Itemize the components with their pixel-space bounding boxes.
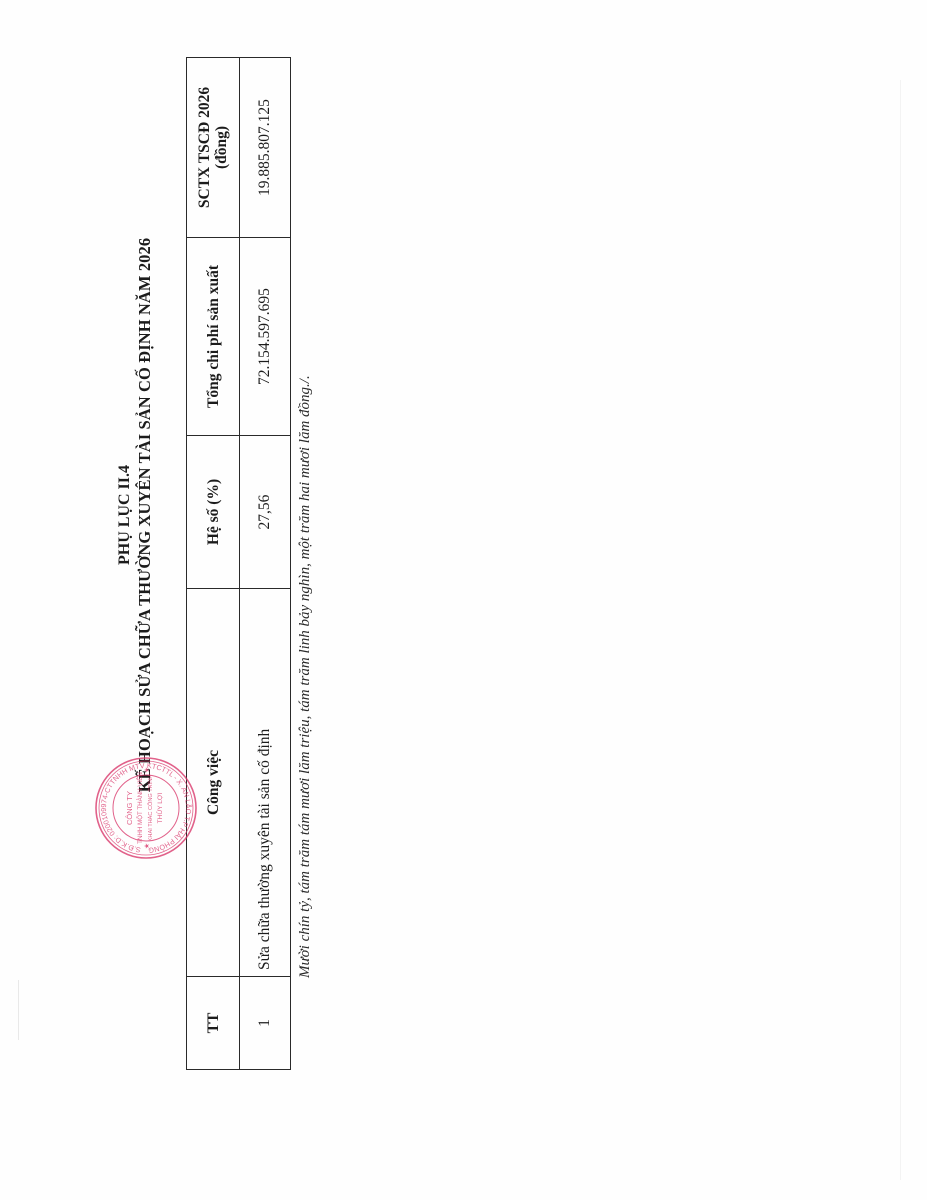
header-sctx-line1: SCTX TSCĐ 2026 <box>196 64 213 231</box>
cell-sctx: 19.885.807.125 <box>240 58 291 238</box>
appendix-label: PHỤ LỤC II.4 <box>116 0 134 1065</box>
document-sheet: PHỤ LỤC II.4 KẾ HOẠCH SỬA CHỮA THƯỜNG XU… <box>0 0 927 1200</box>
cell-work: Sửa chữa thường xuyên tài sản cố định <box>240 589 291 977</box>
amount-in-words: Mười chín tỷ, tám trăm tám mươi lăm triệ… <box>297 375 314 978</box>
cell-coefficient: 27,56 <box>240 436 291 589</box>
header-sctx-line2: (đồng) <box>213 64 230 231</box>
header-work: Công việc <box>187 589 240 977</box>
header-total-cost: Tổng chi phí sản xuất <box>187 238 240 436</box>
table-header-row: TT Công việc Hệ số (%) Tổng chi phí sản … <box>187 58 240 1070</box>
cell-tt: 1 <box>240 977 291 1070</box>
plan-table: TT Công việc Hệ số (%) Tổng chi phí sản … <box>186 57 291 1070</box>
cell-total-cost: 72.154.597.695 <box>240 238 291 436</box>
scanned-page: PHỤ LỤC II.4 KẾ HOẠCH SỬA CHỮA THƯỜNG XU… <box>0 0 927 1200</box>
table-row: 1 Sửa chữa thường xuyên tài sản cố định … <box>240 58 291 1070</box>
header-tt: TT <box>187 977 240 1070</box>
header-sctx: SCTX TSCĐ 2026 (đồng) <box>187 58 240 238</box>
document-title: KẾ HOẠCH SỬA CHỮA THƯỜNG XUYÊN TÀI SẢN C… <box>135 0 155 1065</box>
header-coefficient: Hệ số (%) <box>187 436 240 589</box>
stamp-line4: THỦY LỢI <box>155 792 164 823</box>
